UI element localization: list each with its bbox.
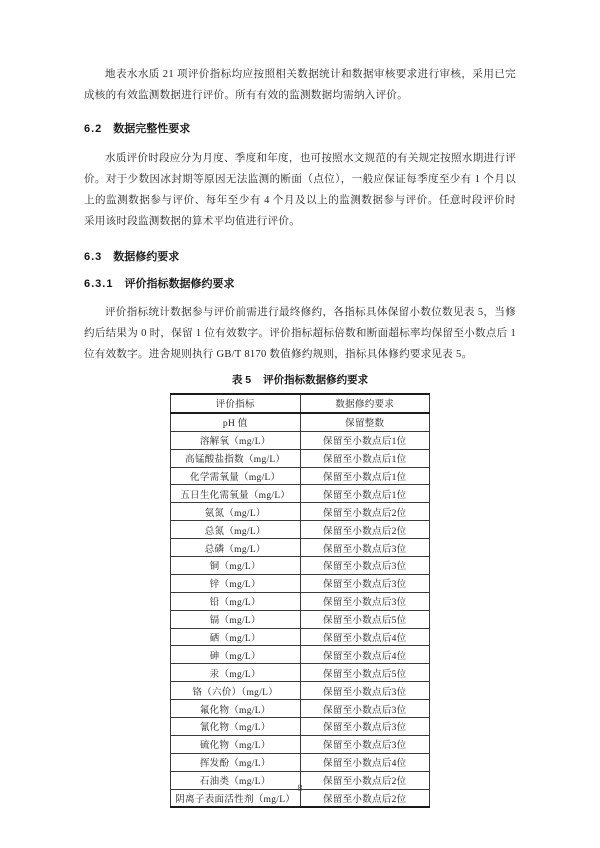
requirement-cell: 保留至小数点后4位 xyxy=(300,753,430,771)
indicator-cell: 五日生化需氧量（mg/L） xyxy=(171,485,301,503)
page-content: 地表水水质 21 项评价指标均应按照相关数据统计和数据审核要求进行审核，采用已完… xyxy=(84,64,516,808)
table-row: 挥发酚（mg/L）保留至小数点后4位 xyxy=(171,753,430,771)
indicator-cell: 氨氮（mg/L） xyxy=(171,503,301,521)
table-row: 铜（mg/L）保留至小数点后3位 xyxy=(171,557,430,575)
requirement-cell: 保留至小数点后2位 xyxy=(300,521,430,539)
table5-caption-title: 评价指标数据修约要求 xyxy=(263,374,368,386)
page-number: 8 xyxy=(0,784,600,794)
requirement-cell: 保留至小数点后4位 xyxy=(300,646,430,664)
indicator-cell: pH 值 xyxy=(171,413,301,431)
table5-header-row: 评价指标 数据修约要求 xyxy=(171,394,430,413)
table-row: 硒（mg/L）保留至小数点后4位 xyxy=(171,628,430,646)
requirement-cell: 保留至小数点后1位 xyxy=(300,431,430,449)
indicator-cell: 铜（mg/L） xyxy=(171,557,301,575)
requirement-cell: 保留整数 xyxy=(300,413,430,431)
document-page: 地表水水质 21 项评价指标均应按照相关数据统计和数据审核要求进行审核，采用已完… xyxy=(0,0,600,848)
section-title: 数据完整性要求 xyxy=(113,123,190,135)
table-row: 溶解氧（mg/L）保留至小数点后1位 xyxy=(171,431,430,449)
table-row: 铅（mg/L）保留至小数点后3位 xyxy=(171,592,430,610)
indicator-cell: 砷（mg/L） xyxy=(171,646,301,664)
table5: 评价指标 数据修约要求 pH 值保留整数溶解氧（mg/L）保留至小数点后1位高锰… xyxy=(170,393,430,808)
section-title: 评价指标数据修约要求 xyxy=(124,278,234,290)
requirement-cell: 保留至小数点后1位 xyxy=(300,467,430,485)
table-row: 硫化物（mg/L）保留至小数点后3位 xyxy=(171,735,430,753)
section-title: 数据修约要求 xyxy=(113,251,179,263)
table-row: 总磷（mg/L）保留至小数点后3位 xyxy=(171,539,430,557)
table-row: 镉（mg/L）保留至小数点后5位 xyxy=(171,610,430,628)
requirement-cell: 保留至小数点后1位 xyxy=(300,485,430,503)
requirement-cell: 保留至小数点后5位 xyxy=(300,664,430,682)
column-header-indicator: 评价指标 xyxy=(171,394,301,413)
indicator-cell: 氟化物（mg/L） xyxy=(171,700,301,718)
requirement-cell: 保留至小数点后2位 xyxy=(300,503,430,521)
requirement-cell: 保留至小数点后3位 xyxy=(300,557,430,575)
indicator-cell: 汞（mg/L） xyxy=(171,664,301,682)
section-6-2-paragraph: 水质评价时段应分为月度、季度和年度，也可按照水文规范的有关规定按照水期进行评价。… xyxy=(84,148,516,232)
table5-header: 评价指标 数据修约要求 xyxy=(171,394,430,413)
section-heading-6-3-1: 6.3.1评价指标数据修约要求 xyxy=(84,275,516,291)
requirement-cell: 保留至小数点后3位 xyxy=(300,700,430,718)
indicator-cell: 化学需氧量（mg/L） xyxy=(171,467,301,485)
indicator-cell: 高锰酸盐指数（mg/L） xyxy=(171,449,301,467)
table-row: 氰化物（mg/L）保留至小数点后3位 xyxy=(171,718,430,736)
table5-caption-label: 表 5 xyxy=(232,374,251,386)
table-row: 五日生化需氧量（mg/L）保留至小数点后1位 xyxy=(171,485,430,503)
indicator-cell: 溶解氧（mg/L） xyxy=(171,431,301,449)
column-header-requirement: 数据修约要求 xyxy=(300,394,430,413)
requirement-cell: 保留至小数点后1位 xyxy=(300,449,430,467)
table5-caption: 表 5评价指标数据修约要求 xyxy=(84,372,516,387)
indicator-cell: 锌（mg/L） xyxy=(171,574,301,592)
requirement-cell: 保留至小数点后4位 xyxy=(300,628,430,646)
section-number: 6.2 xyxy=(84,123,102,135)
section-6-3-1-paragraph: 评价指标统计数据参与评价前需进行最终修约，各指标具体保留小数位数见表 5，当修约… xyxy=(84,302,516,365)
indicator-cell: 硒（mg/L） xyxy=(171,628,301,646)
requirement-cell: 保留至小数点后3位 xyxy=(300,735,430,753)
table-row: 氨氮（mg/L）保留至小数点后2位 xyxy=(171,503,430,521)
table-row: 化学需氧量（mg/L）保留至小数点后1位 xyxy=(171,467,430,485)
section-heading-6-3: 6.3数据修约要求 xyxy=(84,248,516,264)
table-row: 汞（mg/L）保留至小数点后5位 xyxy=(171,664,430,682)
table-row: 总氮（mg/L）保留至小数点后2位 xyxy=(171,521,430,539)
table-row: 氟化物（mg/L）保留至小数点后3位 xyxy=(171,700,430,718)
section-number: 6.3.1 xyxy=(84,278,113,290)
table-row: 砷（mg/L）保留至小数点后4位 xyxy=(171,646,430,664)
indicator-cell: 总氮（mg/L） xyxy=(171,521,301,539)
requirement-cell: 保留至小数点后3位 xyxy=(300,592,430,610)
indicator-cell: 挥发酚（mg/L） xyxy=(171,753,301,771)
requirement-cell: 保留至小数点后3位 xyxy=(300,682,430,700)
indicator-cell: 硫化物（mg/L） xyxy=(171,735,301,753)
requirement-cell: 保留至小数点后5位 xyxy=(300,610,430,628)
table5-body: pH 值保留整数溶解氧（mg/L）保留至小数点后1位高锰酸盐指数（mg/L）保留… xyxy=(171,413,430,808)
table-row: pH 值保留整数 xyxy=(171,413,430,431)
section-number: 6.3 xyxy=(84,251,102,263)
indicator-cell: 铬（六价）（mg/L） xyxy=(171,682,301,700)
indicator-cell: 镉（mg/L） xyxy=(171,610,301,628)
indicator-cell: 铅（mg/L） xyxy=(171,592,301,610)
indicator-cell: 总磷（mg/L） xyxy=(171,539,301,557)
indicator-cell: 氰化物（mg/L） xyxy=(171,718,301,736)
requirement-cell: 保留至小数点后3位 xyxy=(300,718,430,736)
requirement-cell: 保留至小数点后3位 xyxy=(300,574,430,592)
section-heading-6-2: 6.2数据完整性要求 xyxy=(84,120,516,136)
requirement-cell: 保留至小数点后3位 xyxy=(300,539,430,557)
table-row: 铬（六价）（mg/L）保留至小数点后3位 xyxy=(171,682,430,700)
intro-paragraph: 地表水水质 21 项评价指标均应按照相关数据统计和数据审核要求进行审核，采用已完… xyxy=(84,64,516,106)
table-row: 锌（mg/L）保留至小数点后3位 xyxy=(171,574,430,592)
table-row: 高锰酸盐指数（mg/L）保留至小数点后1位 xyxy=(171,449,430,467)
